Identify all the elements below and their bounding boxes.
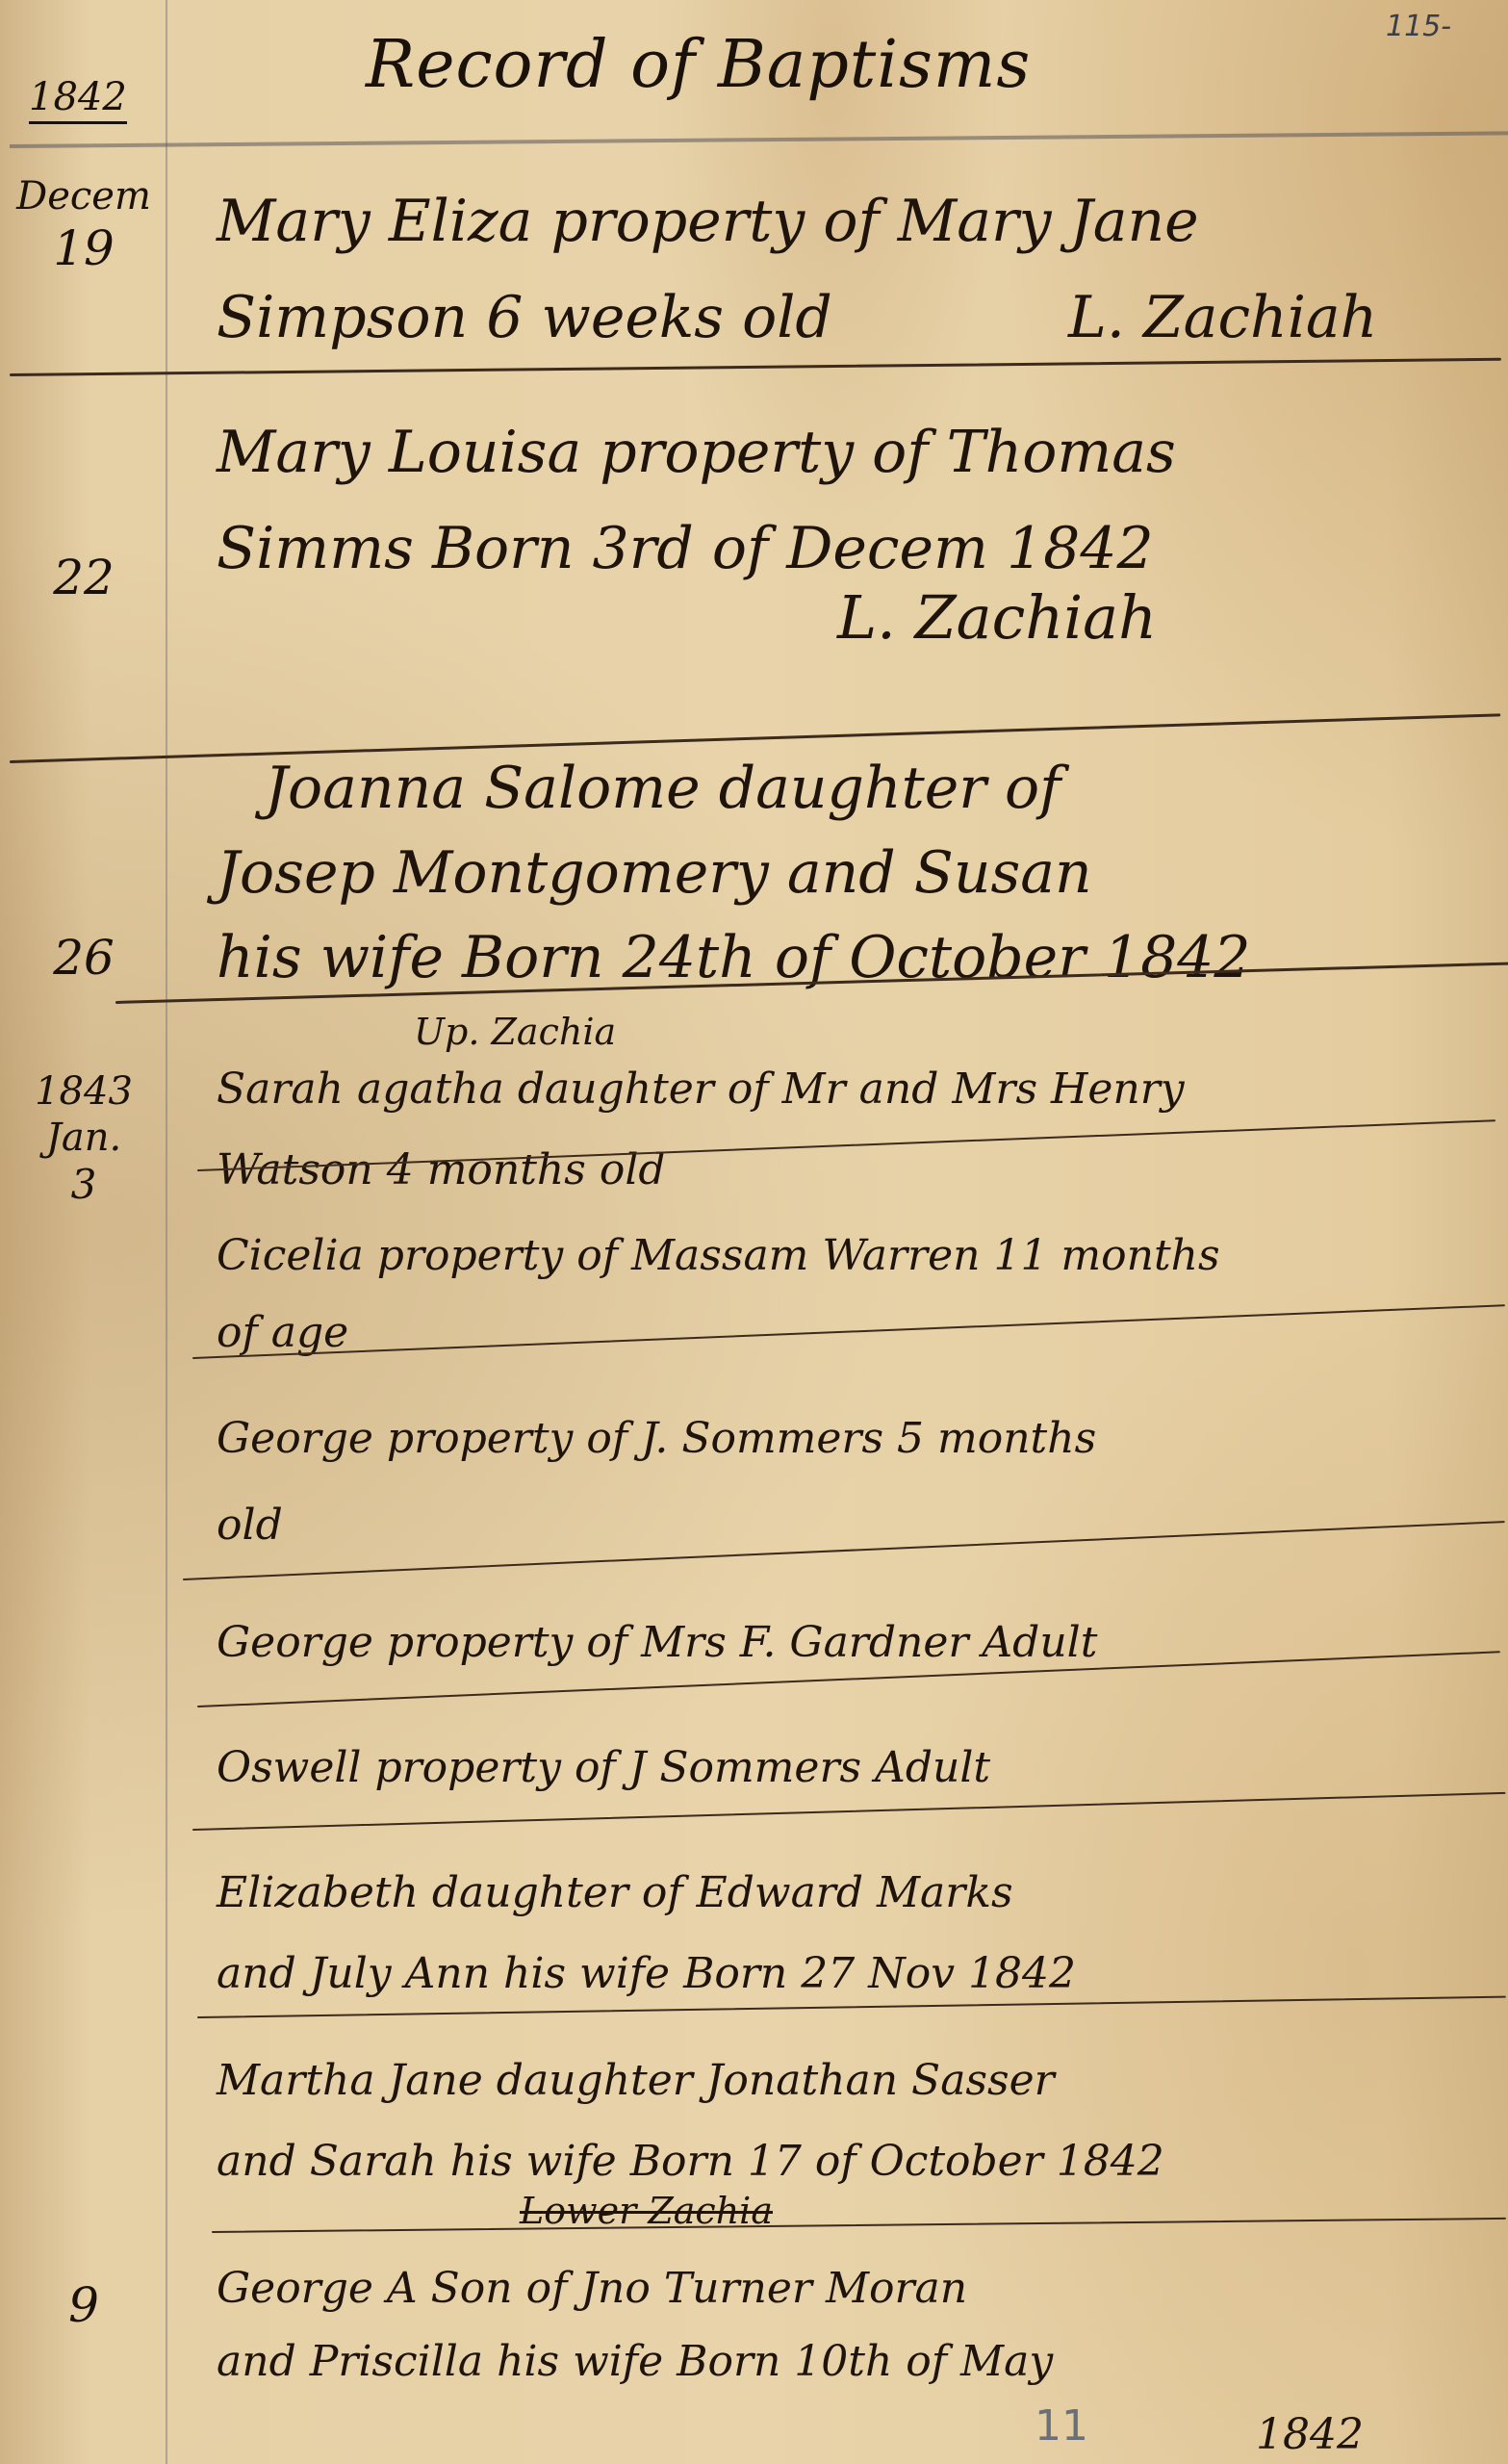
entry-text: Elizabeth daughter of Edward Marks and J… <box>217 1853 1487 2015</box>
header-divider <box>10 131 1508 148</box>
entry-text: George property of Mrs F. Gardner Adult <box>217 1603 1487 1683</box>
page-title: Record of Baptisms <box>366 27 1031 103</box>
entry-line: of age <box>217 1295 1487 1372</box>
year-label: 1842 <box>29 75 127 124</box>
entry-line: Cicelia property of Massam Warren 11 mon… <box>217 1218 1487 1295</box>
entry-line: old <box>217 1482 1487 1569</box>
entry-text: Mary Louisa property of Thomas Simms Bor… <box>217 404 1487 597</box>
entry-line: Martha Jane daughter Jonathan Sasser <box>217 2040 1487 2121</box>
page-number: 115- <box>1386 10 1451 43</box>
entry-date: 22 <box>12 549 156 606</box>
baptism-entry: Decem 19 Mary Eliza property of Mary Jan… <box>0 154 1508 366</box>
entry-line: Mary Eliza property of Mary Jane <box>217 173 1487 269</box>
entry-date: 9 <box>12 2276 156 2334</box>
baptism-entry: 9 George A Son of Jno Turner Moran and P… <box>0 2238 1508 2459</box>
officiant-note: Up. Zachia <box>414 1011 616 1053</box>
entry-text: George property of J. Sommers 5 months o… <box>217 1396 1487 1569</box>
entry-line: Josep Montgomery and Susan <box>217 831 1487 915</box>
entry-line: Mary Louisa property of Thomas <box>217 404 1487 500</box>
entry-line: George property of J. Sommers 5 months <box>217 1396 1487 1482</box>
officiant: L. Zachiah <box>837 582 1157 653</box>
officiant: L. Zachiah <box>1068 269 1377 366</box>
entry-month: Decem <box>12 173 156 219</box>
entry-day: 9 <box>12 2276 156 2334</box>
entry-line: 1842 <box>217 2399 1487 2464</box>
entry-line: Joanna Salome daughter of <box>217 746 1487 831</box>
entry-line: and Sarah his wife Born 17 of October 18… <box>217 2121 1487 2202</box>
entry-text: Oswell property of J Sommers Adult <box>217 1728 1487 1809</box>
entry-date: 26 <box>12 929 156 987</box>
baptism-entry: Martha Jane daughter Jonathan Sasser and… <box>0 2021 1508 2214</box>
entry-text: Martha Jane daughter Jonathan Sasser and… <box>217 2040 1487 2202</box>
entry-day: 19 <box>12 219 156 277</box>
baptism-entry: 26 Joanna Salome daughter of Josep Montg… <box>0 741 1508 1001</box>
entry-line: Sarah agatha daughter of Mr and Mrs Henr… <box>217 1049 1487 1130</box>
entry-day: 26 <box>12 929 156 987</box>
entry-line: his wife Born 24th of October 1842 <box>217 915 1487 1000</box>
baptism-entry: George property of J. Sommers 5 months o… <box>0 1376 1508 1550</box>
entry-date: Decem 19 <box>12 173 156 277</box>
pencil-mark: 11 <box>1035 2401 1088 2451</box>
baptism-entry: Elizabeth daughter of Edward Marks and J… <box>0 1834 1508 2007</box>
entry-divider <box>212 2218 1506 2233</box>
baptism-entry: 22 Mary Louisa property of Thomas Simms … <box>0 385 1508 731</box>
entry-month: Jan. <box>12 1115 156 1161</box>
entry-line: George A Son of Jno Turner Moran <box>217 2252 1487 2325</box>
baptism-entry: George property of Mrs F. Gardner Adult <box>0 1588 1508 1704</box>
baptism-entry: Cicelia property of Massam Warren 11 mon… <box>0 1184 1508 1328</box>
entry-line: George property of Mrs F. Gardner Adult <box>217 1603 1487 1683</box>
entry-line: and Priscilla his wife Born 10th of May <box>217 2325 1487 2399</box>
entry-line: Elizabeth daughter of Edward Marks <box>217 1853 1487 1934</box>
register-page: 115- 1842 Record of Baptisms Decem 19 Ma… <box>0 0 1508 2464</box>
entry-year: 1843 <box>12 1068 156 1115</box>
entry-text: George A Son of Jno Turner Moran and Pri… <box>217 2252 1487 2464</box>
entry-day: 22 <box>12 549 156 606</box>
entry-line: Oswell property of J Sommers Adult <box>217 1728 1487 1809</box>
entry-text: Joanna Salome daughter of Josep Montgome… <box>217 746 1487 1000</box>
entry-line: and July Ann his wife Born 27 Nov 1842 <box>217 1934 1487 2015</box>
